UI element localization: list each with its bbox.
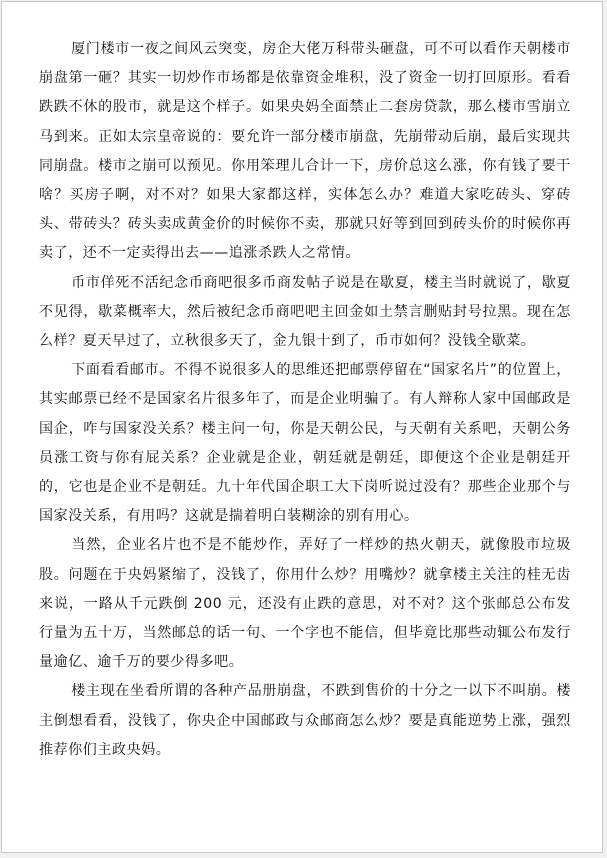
document-body: 厦门楼市一夜之间风云突变，房企大佬万科带头砸盘，可不可以看作天朝楼市崩盘第一砸？… (39, 35, 571, 765)
document-page: 厦门楼市一夜之间风云突变，房企大佬万科带头砸盘，可不可以看作天朝楼市崩盘第一砸？… (1, 1, 603, 853)
paragraph-3: 下面看看邮市。不得不说很多人的思维还把邮票停留在“国家名片”的位置上，其实邮票已… (39, 356, 571, 531)
paragraph-5: 楼主现在坐看所谓的各种产品册崩盘，不跌到售价的十分之一以下不叫崩。楼主倒想看看，… (39, 677, 571, 765)
paragraph-2: 币市佯死不活纪念币商吧很多币商发帖子说是在歇夏，楼主当时就说了，歇夏不见得，歇菜… (39, 269, 571, 357)
paragraph-4: 当然，企业名片也不是不能炒作，弄好了一样炒的热火朝天，就像股市垃圾股。问题在于央… (39, 531, 571, 677)
paragraph-1: 厦门楼市一夜之间风云突变，房企大佬万科带头砸盘，可不可以看作天朝楼市崩盘第一砸？… (39, 35, 571, 269)
